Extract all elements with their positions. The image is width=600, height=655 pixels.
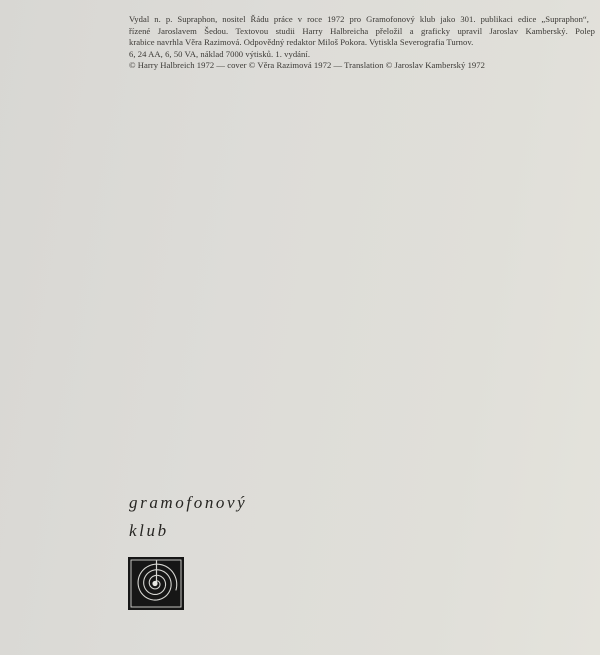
imprint-line-copyright: © Harry Halbreich 1972 — cover © Věra Ra… [129, 60, 529, 72]
imprint-line-edition: 6, 24 AA, 6, 50 VA, náklad 7000 výtisků.… [129, 49, 364, 61]
brand-wordmark-line2: klub [129, 517, 247, 545]
imprint-text-block: Vydal n. p. Supraphon, nositel Řádu prác… [129, 14, 599, 72]
brand-wordmark-line1: gramofonový [129, 489, 247, 517]
brand-wordmark: gramofonový klub [129, 489, 247, 545]
spiral-note-logo-icon [128, 557, 184, 610]
imprint-line-design-printer: krabice navrhla Věra Razimová. Odpovědný… [129, 37, 523, 49]
imprint-line-publisher: Vydal n. p. Supraphon, nositel Řádu prác… [129, 14, 589, 26]
imprint-line-editor-translator: řízené Jaroslavem Šedou. Textovou studii… [129, 26, 595, 38]
